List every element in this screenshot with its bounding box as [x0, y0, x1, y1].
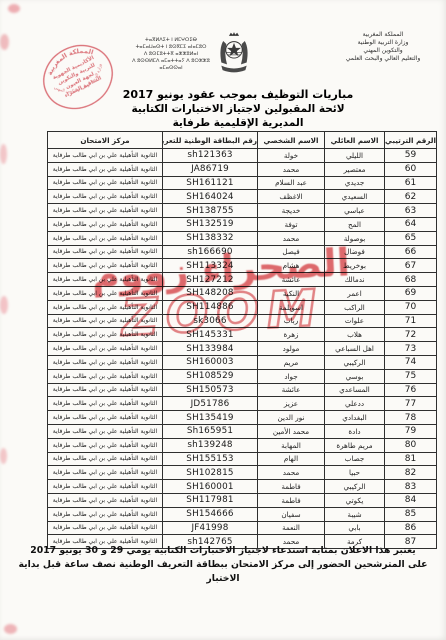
cell-national-id: SH108529 [163, 369, 258, 383]
ministry-line: والتعليم العالي والبحث العلمي [322, 55, 444, 63]
cell-first-name: سفيان [258, 507, 325, 521]
cell-family-name: بابي [325, 521, 385, 535]
cell-serial-number: 69 [385, 286, 437, 300]
cell-serial-number: 64 [385, 217, 437, 231]
cell-national-id: SH150573 [163, 383, 258, 397]
cell-family-name: السعيدي [325, 190, 385, 204]
cell-exam-center: الثانوية التأهيلية علي بن ابي طالب طرفاي… [48, 466, 163, 480]
cell-national-id: SH133984 [163, 342, 258, 356]
cell-family-name: اهل السباعي [325, 342, 385, 356]
title-competition: مباريات التوظيف بموجب عقود يونيو 2017 [30, 88, 446, 102]
cell-national-id: SH117981 [163, 493, 258, 507]
cell-serial-number: 70 [385, 300, 437, 314]
cell-exam-center: الثانوية التأهيلية علي بن ابي طالب طرفاي… [48, 424, 163, 438]
tifinagh-line: ⵜⴰⵎⴰⵡⴰⵙⵜ ⵏ ⵓⵙⴳⵎⵉ ⴰⵏⴰⵎⵓⵔ [124, 44, 218, 51]
cell-family-name: الركيبي [325, 480, 385, 494]
cell-first-name: الهام [258, 452, 325, 466]
cell-exam-center: الثانوية التأهيلية علي بن ابي طالب طرفاي… [48, 273, 163, 287]
morocco-coat-of-arms-icon [215, 30, 253, 76]
cell-first-name: عائشة [258, 383, 325, 397]
cell-first-name: محمد [258, 162, 325, 176]
table-header-row: الرقم الترتيبي الاسم العائلي الاسم الشخص… [48, 132, 437, 149]
cell-exam-center: الثانوية التأهيلية علي بن ابي طالب طرفاي… [48, 162, 163, 176]
cell-family-name: هلاب [325, 328, 385, 342]
header-serial-number: الرقم الترتيبي [385, 132, 437, 149]
cell-national-id: SH148208 [163, 286, 258, 300]
title-admitted-list: لائحة المقبولين لاجتياز الاختبارات الكتا… [30, 102, 446, 116]
table-row: 62 السعيدي الاغظف SH164024 الثانوية التأ… [48, 190, 437, 204]
tifinagh-line: ⵜⴰⴳⵍⴷⵉⵜ ⵏ ⵍⵎⵖⵔⵉⴱ [124, 37, 218, 44]
cell-exam-center: الثانوية التأهيلية علي بن ابي طالب طرفاي… [48, 383, 163, 397]
cell-family-name: المساعدي [325, 383, 385, 397]
cell-first-name: فاطمة [258, 493, 325, 507]
table-row: 63 عباسي خديجة SH138755 الثانوية التأهيل… [48, 204, 437, 218]
cell-first-name: محمد [258, 231, 325, 245]
cell-national-id: SH135419 [163, 411, 258, 425]
cell-first-name: عزيز [258, 397, 325, 411]
cell-national-id: SH164024 [163, 190, 258, 204]
cell-serial-number: 62 [385, 190, 437, 204]
cell-serial-number: 63 [385, 204, 437, 218]
cell-family-name: معتصير [325, 162, 385, 176]
title-directorate: المديرية الإقليمية طرفاية [30, 116, 446, 130]
cell-first-name: زهرة [258, 328, 325, 342]
table-row: 80 مريم طاهرة المهابة sh139248 الثانوية … [48, 438, 437, 452]
cell-exam-center: الثانوية التأهيلية علي بن ابي طالب طرفاي… [48, 217, 163, 231]
table-row: 68 ندمالك عائشة SH127212 الثانوية التأهي… [48, 273, 437, 287]
cell-family-name: مريم طاهرة [325, 438, 385, 452]
table-row: 83 الركيبي فاطمة SH160001 الثانوية التأه… [48, 480, 437, 494]
cell-family-name: المح [325, 217, 385, 231]
cell-national-id: SH160001 [163, 480, 258, 494]
cell-serial-number: 72 [385, 328, 437, 342]
cell-national-id: SH145331 [163, 328, 258, 342]
cell-first-name: خديجة [258, 204, 325, 218]
cell-national-id: JD51786 [163, 397, 258, 411]
cell-national-id: SH132519 [163, 217, 258, 231]
cell-first-name: مريم [258, 355, 325, 369]
cell-national-id: sh121363 [163, 149, 258, 163]
cell-first-name: عبد السلام [258, 176, 325, 190]
cell-first-name: اسويلمة [258, 300, 325, 314]
cell-family-name: الليلي [325, 149, 385, 163]
table-row: 79 دادة محمد الأمين Sh165951 الثانوية ال… [48, 424, 437, 438]
cell-first-name: فاطمة [258, 480, 325, 494]
cell-first-name: جواد [258, 369, 325, 383]
cell-family-name: علوات [325, 314, 385, 328]
table-row: 82 حبيا محمد SH102815 الثانوية التأهيلية… [48, 466, 437, 480]
cell-exam-center: الثانوية التأهيلية علي بن ابي طالب طرفاي… [48, 355, 163, 369]
scan-artifact [0, 296, 8, 314]
cell-exam-center: الثانوية التأهيلية علي بن ابي طالب طرفاي… [48, 259, 163, 273]
table-row: 66 فوضال فيصل sh166690 الثانوية التأهيلي… [48, 245, 437, 259]
cell-exam-center: الثانوية التأهيلية علي بن ابي طالب طرفاي… [48, 452, 163, 466]
cell-exam-center: الثانوية التأهيلية علي بن ابي طالب طرفاي… [48, 411, 163, 425]
cell-serial-number: 61 [385, 176, 437, 190]
header-national-id: رقم البطاقة الوطنية للتعريف [163, 132, 258, 149]
cell-first-name: توفة [258, 217, 325, 231]
cell-family-name: يكوتي [325, 493, 385, 507]
cell-exam-center: الثانوية التأهيلية علي بن ابي طالب طرفاي… [48, 231, 163, 245]
cell-serial-number: 75 [385, 369, 437, 383]
cell-exam-center: الثانوية التأهيلية علي بن ابي طالب طرفاي… [48, 342, 163, 356]
cell-family-name: اعمر [325, 286, 385, 300]
ministry-line: وزارة التربية الوطنية [322, 39, 444, 47]
cell-family-name: البغدادي [325, 411, 385, 425]
cell-family-name: فوضال [325, 245, 385, 259]
header-exam-center: مركز الامتحان [48, 132, 163, 149]
cell-serial-number: 77 [385, 397, 437, 411]
table-row: 69 اعمر النكية SH148208 الثانوية التأهيل… [48, 286, 437, 300]
scan-artifact [8, 4, 20, 13]
cell-family-name: بوخريط [325, 259, 385, 273]
cell-first-name: خولة [258, 149, 325, 163]
cell-exam-center: الثانوية التأهيلية علي بن ابي طالب طرفاي… [48, 176, 163, 190]
cell-serial-number: 67 [385, 259, 437, 273]
cell-national-id: sk3066 [163, 314, 258, 328]
cell-first-name: فيصل [258, 245, 325, 259]
cell-national-id: JA86719 [163, 162, 258, 176]
header-family-name: الاسم العائلي [325, 132, 385, 149]
cell-family-name: الركيبي [325, 355, 385, 369]
candidates-table: الرقم الترتيبي الاسم العائلي الاسم الشخص… [47, 131, 437, 549]
cell-serial-number: 66 [385, 245, 437, 259]
footer-note: يعتبر هذا الاعلان بمثابة استدعاء لاجتياز… [15, 544, 431, 586]
cell-family-name: ددعلي [325, 397, 385, 411]
scanned-document-page: المملكة المغربية وزارة التربية الوطنية و… [0, 0, 446, 640]
table-row: 81 جصاب الهام SH155153 الثانوية التأهيلي… [48, 452, 437, 466]
table-row: 78 البغدادي نور الدين SH135419 الثانوية … [48, 411, 437, 425]
footer-line-2: على المترشحين الحضور إلى مركز الامتحان ب… [15, 558, 431, 586]
cell-first-name: نور الدين [258, 411, 325, 425]
cell-serial-number: 59 [385, 149, 437, 163]
cell-national-id: SH155153 [163, 452, 258, 466]
cell-national-id: SH102815 [163, 466, 258, 480]
scan-artifact [0, 144, 7, 164]
cell-family-name: حبيا [325, 466, 385, 480]
table-body: 59 الليلي خولة sh121363 الثانوية التأهيل… [48, 149, 437, 549]
cell-family-name: ندمالك [325, 273, 385, 287]
table-row: 59 الليلي خولة sh121363 الثانوية التأهيل… [48, 149, 437, 163]
table-row: 70 الراكب اسويلمة SH114886 الثانوية التأ… [48, 300, 437, 314]
cell-serial-number: 79 [385, 424, 437, 438]
cell-national-id: SH138755 [163, 204, 258, 218]
cell-exam-center: الثانوية التأهيلية علي بن ابي طالب طرفاي… [48, 328, 163, 342]
cell-exam-center: الثانوية التأهيلية علي بن ابي طالب طرفاي… [48, 369, 163, 383]
ministry-line: المملكة المغربية [322, 31, 444, 39]
cell-first-name: مولود [258, 342, 325, 356]
tifinagh-line: ⴷ ⵓⵙⵎⵓⵜⵜⴳ ⴰⵣⵣⵓⵍⴰⵏ [124, 51, 218, 58]
cell-national-id: SH154666 [163, 507, 258, 521]
cell-first-name: محمد [258, 466, 325, 480]
footer-line-1: يعتبر هذا الاعلان بمثابة استدعاء لاجتياز… [15, 544, 431, 558]
cell-exam-center: الثانوية التأهيلية علي بن ابي طالب طرفاي… [48, 149, 163, 163]
cell-first-name: النكية [258, 286, 325, 300]
cell-family-name: جصاب [325, 452, 385, 466]
table-row: 72 هلاب زهرة SH145331 الثانوية التأهيلية… [48, 328, 437, 342]
cell-national-id: JF41998 [163, 521, 258, 535]
cell-family-name: الراكب [325, 300, 385, 314]
cell-serial-number: 85 [385, 507, 437, 521]
cell-exam-center: الثانوية التأهيلية علي بن ابي طالب طرفاي… [48, 300, 163, 314]
cell-serial-number: 68 [385, 273, 437, 287]
cell-serial-number: 82 [385, 466, 437, 480]
cell-family-name: شيبة [325, 507, 385, 521]
tifinagh-line: ⴷ ⵓⵙⵙⵍⵎⴷ ⴰⵎⴰⵜⵜⴰⵢ ⴷ ⵓⵔⵣⵣⵓ ⴰⵎⴰⵙⵙⴰⵏ [124, 58, 218, 72]
cell-serial-number: 86 [385, 521, 437, 535]
table-row: 85 شيبة سفيان SH154666 الثانوية التأهيلي… [48, 507, 437, 521]
ministry-header-tifinagh: ⵜⴰⴳⵍⴷⵉⵜ ⵏ ⵍⵎⵖⵔⵉⴱ ⵜⴰⵎⴰⵡⴰⵙⵜ ⵏ ⵓⵙⴳⵎⵉ ⴰⵏⴰⵎⵓⵔ… [124, 37, 218, 72]
table-row: 77 ددعلي عزيز JD51786 الثانوية التأهيلية… [48, 397, 437, 411]
cell-family-name: دادة [325, 424, 385, 438]
cell-serial-number: 65 [385, 231, 437, 245]
cell-serial-number: 71 [385, 314, 437, 328]
document-titles: مباريات التوظيف بموجب عقود يونيو 2017 لا… [30, 88, 446, 130]
table-row: 61 جديدي عبد السلام SH161121 الثانوية ال… [48, 176, 437, 190]
table-row: 71 علوات رباب sk3066 الثانوية التأهيلية … [48, 314, 437, 328]
cell-exam-center: الثانوية التأهيلية علي بن ابي طالب طرفاي… [48, 480, 163, 494]
cell-first-name: المهابة [258, 438, 325, 452]
cell-first-name: الاغظف [258, 190, 325, 204]
cell-first-name: رباب [258, 314, 325, 328]
cell-exam-center: الثانوية التأهيلية علي بن ابي طالب طرفاي… [48, 521, 163, 535]
cell-serial-number: 81 [385, 452, 437, 466]
cell-national-id: SH161121 [163, 176, 258, 190]
scan-artifact [0, 448, 7, 464]
cell-exam-center: الثانوية التأهيلية علي بن ابي طالب طرفاي… [48, 314, 163, 328]
cell-exam-center: الثانوية التأهيلية علي بن ابي طالب طرفاي… [48, 493, 163, 507]
table-row: 65 بوصولة محمد SH138332 الثانوية التأهيل… [48, 231, 437, 245]
cell-serial-number: 80 [385, 438, 437, 452]
cell-national-id: SH138332 [163, 231, 258, 245]
cell-serial-number: 74 [385, 355, 437, 369]
cell-first-name: هشام [258, 259, 325, 273]
cell-family-name: بوصولة [325, 231, 385, 245]
table-row: 76 المساعدي عائشة SH150573 الثانوية التأ… [48, 383, 437, 397]
cell-national-id: sh166690 [163, 245, 258, 259]
cell-serial-number: 73 [385, 342, 437, 356]
cell-exam-center: الثانوية التأهيلية علي بن ابي طالب طرفاي… [48, 204, 163, 218]
table-row: 86 بابي النعمة JF41998 الثانوية التأهيلي… [48, 521, 437, 535]
cell-exam-center: الثانوية التأهيلية علي بن ابي طالب طرفاي… [48, 245, 163, 259]
cell-exam-center: الثانوية التأهيلية علي بن ابي طالب طرفاي… [48, 438, 163, 452]
cell-exam-center: الثانوية التأهيلية علي بن ابي طالب طرفاي… [48, 286, 163, 300]
scan-artifact [0, 34, 9, 50]
table-row: 67 بوخريط هشام SH113324 الثانوية التأهيل… [48, 259, 437, 273]
cell-national-id: SH127212 [163, 273, 258, 287]
cell-first-name: محمد الأمين [258, 424, 325, 438]
ministry-line: والتكوين المهني [322, 47, 444, 55]
table-row: 84 يكوتي فاطمة SH117981 الثانوية التأهيل… [48, 493, 437, 507]
ministry-header-arabic: المملكة المغربية وزارة التربية الوطنية و… [322, 31, 444, 63]
cell-family-name: عباسي [325, 204, 385, 218]
table-row: 74 الركيبي مريم SH160003 الثانوية التأهي… [48, 355, 437, 369]
cell-exam-center: الثانوية التأهيلية علي بن ابي طالب طرفاي… [48, 507, 163, 521]
cell-serial-number: 60 [385, 162, 437, 176]
cell-national-id: SH160003 [163, 355, 258, 369]
cell-serial-number: 78 [385, 411, 437, 425]
cell-national-id: Sh165951 [163, 424, 258, 438]
table-row: 64 المح توفة SH132519 الثانوية التأهيلية… [48, 217, 437, 231]
cell-family-name: بوسي [325, 369, 385, 383]
cell-serial-number: 83 [385, 480, 437, 494]
cell-family-name: جديدي [325, 176, 385, 190]
table-row: 73 اهل السباعي مولود SH133984 الثانوية ا… [48, 342, 437, 356]
cell-national-id: SH113324 [163, 259, 258, 273]
cell-exam-center: الثانوية التأهيلية علي بن ابي طالب طرفاي… [48, 190, 163, 204]
cell-serial-number: 76 [385, 383, 437, 397]
scan-artifact [4, 624, 17, 634]
cell-national-id: sh139248 [163, 438, 258, 452]
table-row: 75 بوسي جواد SH108529 الثانوية التأهيلية… [48, 369, 437, 383]
cell-exam-center: الثانوية التأهيلية علي بن ابي طالب طرفاي… [48, 397, 163, 411]
cell-national-id: SH114886 [163, 300, 258, 314]
cell-first-name: النعمة [258, 521, 325, 535]
table-row: 60 معتصير محمد JA86719 الثانوية التأهيلي… [48, 162, 437, 176]
cell-first-name: عائشة [258, 273, 325, 287]
header-first-name: الاسم الشخصي [258, 132, 325, 149]
cell-serial-number: 84 [385, 493, 437, 507]
